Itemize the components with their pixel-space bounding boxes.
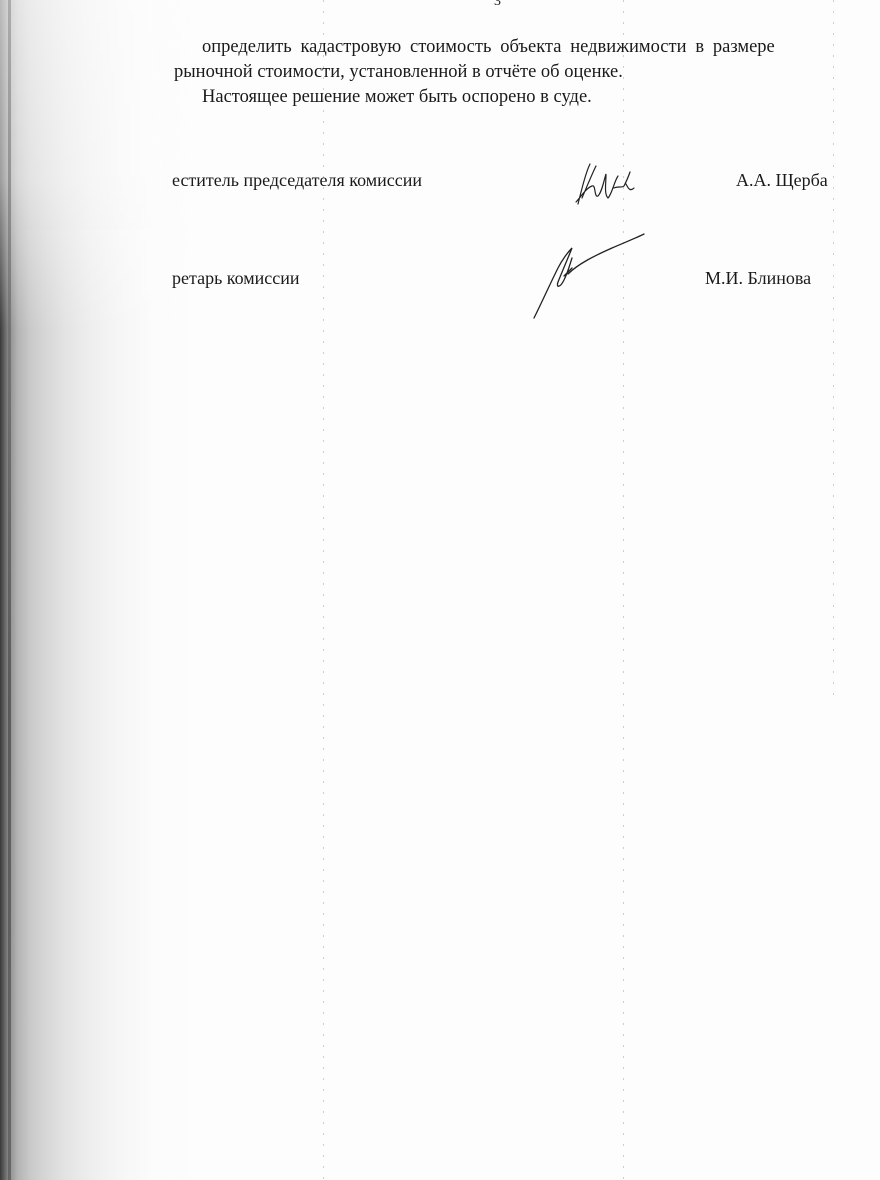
scan-edge-shadow	[0, 0, 190, 1180]
scan-edge-line	[8, 0, 11, 1180]
signature-icon	[568, 158, 638, 210]
paragraph-text: определить кадастровую стоимость объекта…	[202, 35, 775, 60]
signature-icon	[528, 228, 648, 320]
scan-artifact-line	[833, 0, 834, 700]
signatory-name: М.И. Блинова	[705, 268, 811, 289]
signatory-role: ретарь комиссии	[172, 268, 300, 289]
signatory-role: еститель председателя комиссии	[172, 170, 422, 191]
paragraph-text: рыночной стоимости, установленной в отчё…	[174, 60, 623, 85]
paragraph-text: Настоящее решение может быть оспорено в …	[202, 85, 592, 110]
page-number: 3	[494, 0, 501, 10]
signatory-name: А.А. Щерба	[736, 170, 828, 191]
scanned-document-page: 3 определить кадастровую стоимость объек…	[0, 0, 880, 1180]
